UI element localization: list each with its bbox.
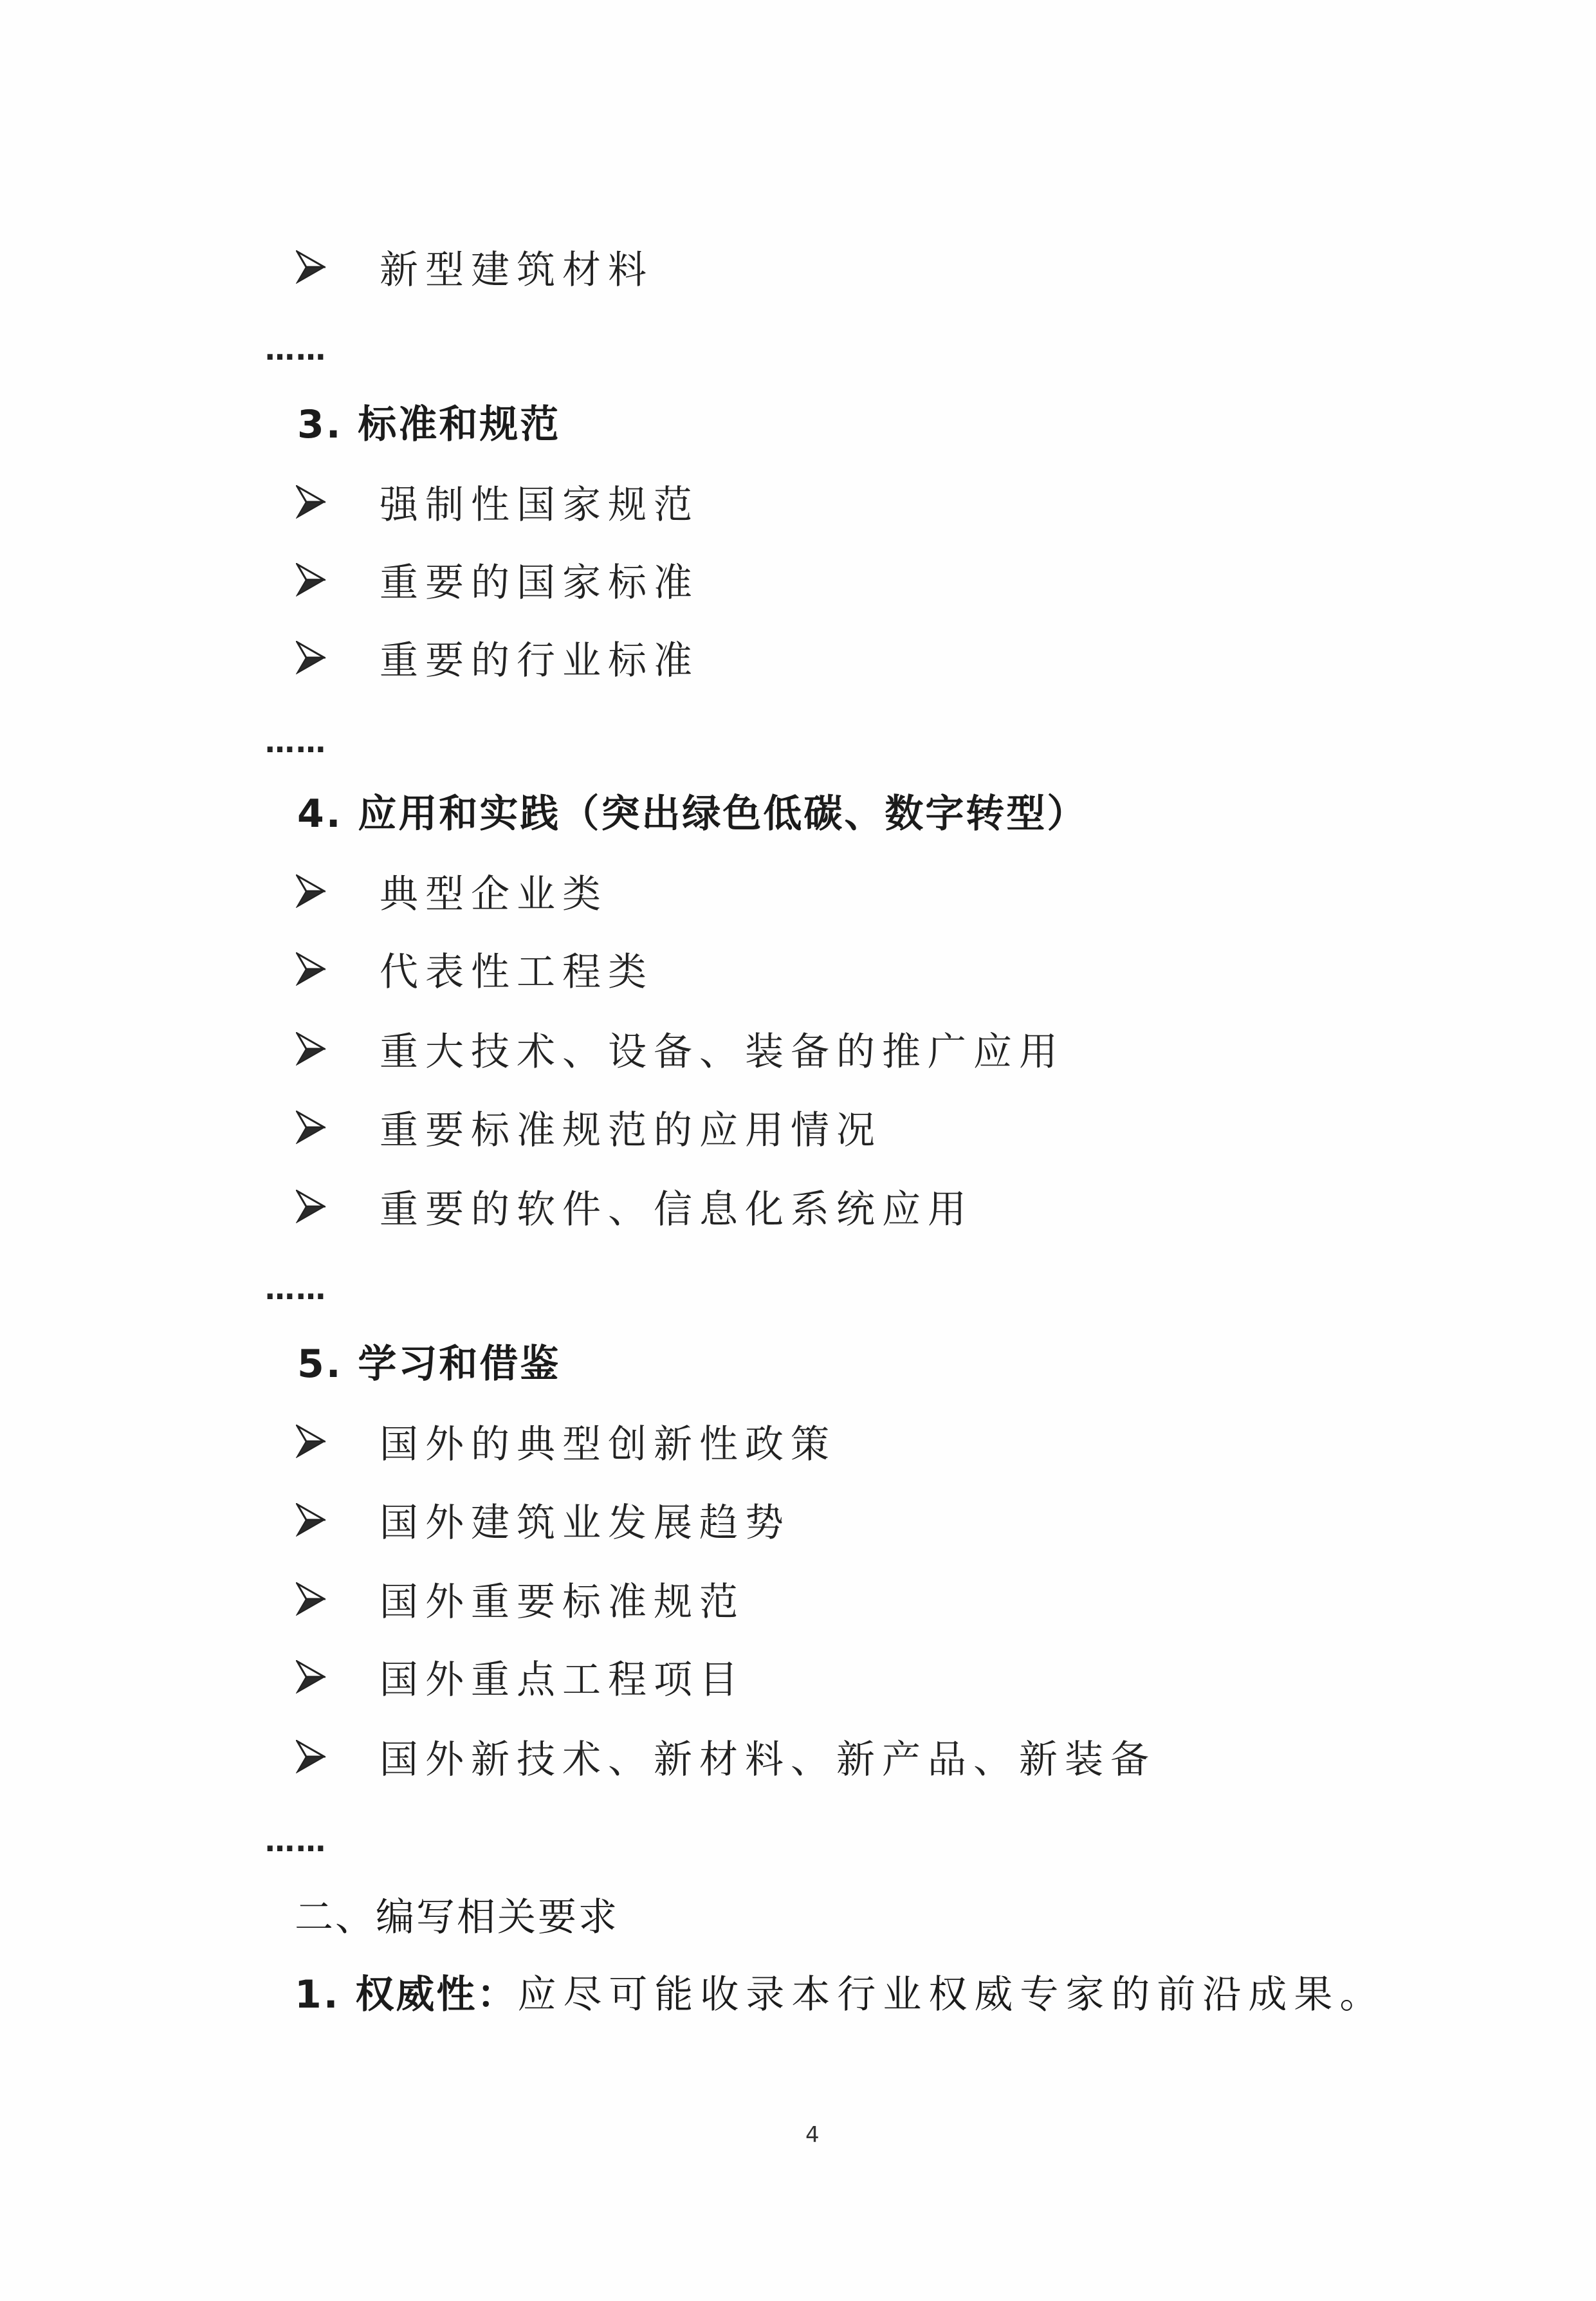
- list-item-text: 国外的典型创新性政策: [380, 1414, 836, 1469]
- arrowhead-bullet-icon: [296, 1111, 326, 1144]
- list-item: 国外重点工程项目: [296, 1651, 326, 1703]
- list-item-text: 重要的行业标准: [380, 630, 699, 685]
- list-item-text: 国外建筑业发展趋势: [380, 1492, 791, 1548]
- section-heading-application: 4. 应用和实践（突出绿色低碳、数字转型）: [297, 795, 1087, 833]
- arrowhead-bullet-icon: [296, 641, 326, 674]
- arrowhead-bullet-icon: [296, 1503, 326, 1537]
- requirement-label: 1. 权威性：: [295, 1972, 517, 2017]
- arrowhead-bullet-icon: [296, 1190, 326, 1223]
- list-item: 代表性工程类: [296, 943, 326, 995]
- list-item-text: 国外重点工程项目: [380, 1649, 745, 1705]
- list-item: 国外重要标准规范: [296, 1573, 326, 1625]
- list-item-text: 典型企业类: [380, 864, 608, 919]
- arrowhead-bullet-icon: [296, 563, 326, 596]
- requirement-text: 应尽可能收录本行业权威专家的前沿成果。: [517, 1972, 1385, 2017]
- arrowhead-bullet-icon: [296, 1582, 326, 1616]
- arrowhead-bullet-icon: [296, 952, 326, 986]
- list-item-text: 代表性工程类: [380, 941, 654, 997]
- list-item: 国外新技术、新材料、新产品、新装备: [296, 1731, 326, 1782]
- arrowhead-bullet-icon: [296, 1660, 326, 1694]
- list-item: 重要标准规范的应用情况: [296, 1102, 326, 1153]
- list-item: 强制性国家规范: [296, 476, 326, 528]
- list-item-text: 重要标准规范的应用情况: [380, 1100, 882, 1155]
- section-heading-standards: 3. 标准和规范: [297, 405, 560, 444]
- arrowhead-bullet-icon: [296, 250, 326, 284]
- section-heading-learning: 5. 学习和借鉴: [297, 1345, 560, 1383]
- arrowhead-bullet-icon: [296, 1425, 326, 1458]
- arrowhead-bullet-icon: [296, 485, 326, 519]
- requirement-authority: 1. 权威性：应尽可能收录本行业权威专家的前沿成果。: [295, 1975, 1385, 2014]
- list-item-text: 国外新技术、新材料、新产品、新装备: [380, 1729, 1156, 1784]
- ellipsis: ……: [265, 335, 327, 364]
- ellipsis: ……: [265, 1826, 327, 1856]
- list-item-text: 新型建筑材料: [380, 239, 654, 295]
- list-item-text: 重要的软件、信息化系统应用: [380, 1179, 973, 1234]
- list-item: 新型建筑材料: [296, 241, 326, 293]
- list-item: 典型企业类: [296, 865, 326, 917]
- arrowhead-bullet-icon: [296, 1740, 326, 1773]
- list-item-text: 重大技术、设备、装备的推广应用: [380, 1021, 1065, 1077]
- list-item-text: 重要的国家标准: [380, 552, 699, 607]
- ellipsis: ……: [265, 727, 327, 757]
- list-item: 国外建筑业发展趋势: [296, 1494, 326, 1546]
- page-number: 4: [805, 2122, 820, 2148]
- arrowhead-bullet-icon: [296, 1032, 326, 1066]
- list-item: 国外的典型创新性政策: [296, 1416, 326, 1467]
- part-two-heading: 二、编写相关要求: [295, 1898, 619, 1937]
- list-item: 重大技术、设备、装备的推广应用: [296, 1023, 326, 1075]
- arrowhead-bullet-icon: [296, 874, 326, 908]
- list-item: 重要的行业标准: [296, 632, 326, 683]
- list-item: 重要的软件、信息化系统应用: [296, 1181, 326, 1232]
- document-page: 新型建筑材料 …… 3. 标准和规范 强制性国家规范 重要的国家标准 重要的行业…: [0, 0, 1596, 2301]
- list-item-text: 强制性国家规范: [380, 474, 699, 530]
- list-item: 重要的国家标准: [296, 554, 326, 605]
- list-item-text: 国外重要标准规范: [380, 1571, 745, 1627]
- ellipsis: ……: [265, 1274, 327, 1304]
